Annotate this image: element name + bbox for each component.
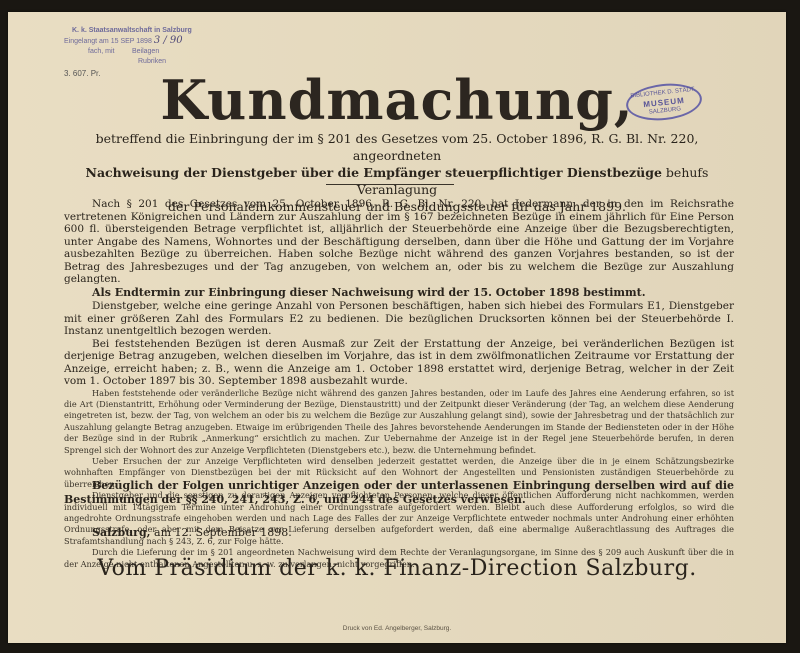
closing-paragraph: Bezüglich der Folgen unrichtiger Anzeige… (64, 479, 734, 507)
printer-imprint: Druck von Ed. Angelberger, Salzburg. (8, 625, 786, 632)
paragraph: Nach § 201 des Gesetzes vom 25. October … (64, 198, 734, 286)
signature: Vom Präsidium der k. k. Finanz-Direction… (8, 556, 786, 581)
date-line: Salzburg, am 12. September 1898. (92, 526, 292, 539)
paragraph: Bei feststehenden Bezügen ist deren Ausm… (64, 338, 734, 388)
deadline-paragraph: Als Endtermin zur Einbringung dieser Nac… (64, 287, 734, 300)
paragraph-small: Haben feststehende oder veränderliche Be… (64, 388, 734, 456)
receipt-stamp-received: Eingelangt am 15 SEP 1898 3 / 90 (64, 36, 214, 47)
receipt-stamp-office: K. k. Staatsanwaltschaft in Salzburg (64, 26, 214, 36)
receipt-stamp-rubriken: Rubriken (64, 57, 214, 67)
body-text: Nach § 201 des Gesetzes vom 25. October … (64, 198, 734, 570)
paragraph: Dienstgeber, welche eine geringe Anzahl … (64, 300, 734, 338)
poster-sheet: K. k. Staatsanwaltschaft in Salzburg Ein… (8, 12, 786, 643)
divider-rule (326, 184, 454, 185)
page-title: Kundmachung, (8, 68, 786, 132)
subtitle-emphasis: Nachweisung der Dienstgeber über die Emp… (86, 165, 662, 180)
receipt-stamp-fach: fach, mit Beilagen (64, 47, 214, 57)
handwritten-number: 3 / 90 (154, 35, 183, 46)
